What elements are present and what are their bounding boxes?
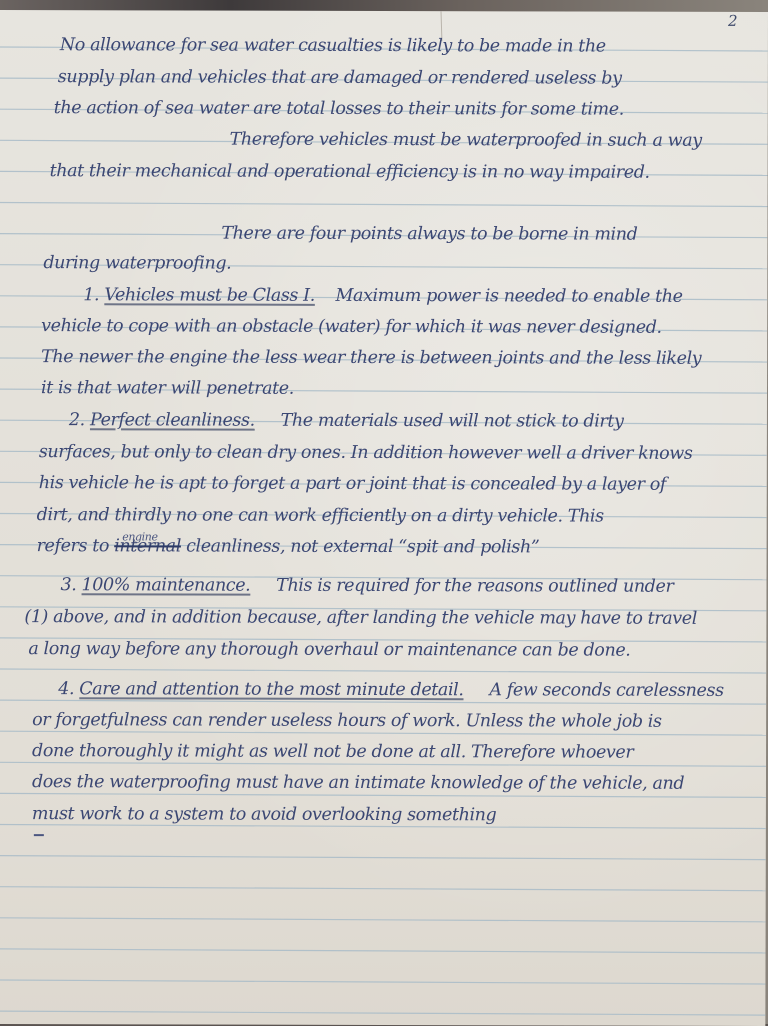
line-text: it is that water will penetrate. [41,378,294,399]
pen-mark [34,834,44,836]
list-item-heading-line: 3. 100% maintenance. This is required fo… [60,570,673,602]
list-heading: Care and attention to the most minute de… [79,679,463,700]
text-line: or forgetfulness can render useless hour… [32,705,662,737]
text-line: does the waterproofing must have an inti… [32,767,684,799]
text-line: his vehicle he is apt to forget a part o… [39,468,666,500]
page-number: 2 [728,12,738,30]
text-line: surfaces, but only to clean dry ones. In… [39,437,693,469]
text-line: There are four points always to be borne… [221,219,637,250]
line-text: Maximum power is needed to enable the [336,286,683,307]
inserted-word: engine [122,522,157,552]
text-line: Therefore vehicles must be waterproofed … [230,125,702,156]
text-line: supply plan and vehicles that are damage… [58,62,622,93]
text-line: during waterproofing. [43,248,231,278]
line-text: does the waterproofing must have an inti… [32,772,684,794]
line-text: refers to [37,536,109,556]
list-number: 4. [58,679,74,699]
struck-word: internalengine [114,536,181,556]
list-heading: Vehicles must be Class I. [104,285,315,306]
list-item-heading-line: 1. Vehicles must be Class I. Maximum pow… [83,280,682,312]
line-text: The newer the engine the less wear there… [41,347,701,369]
line-text: (1) above, and in addition because, afte… [24,607,697,629]
text-line: that their mechanical and operational ef… [50,156,650,188]
line-text: during waterproofing. [43,253,231,273]
list-heading: Perfect cleanliness. [90,410,255,430]
line-text: a long way before any thorough overhaul … [28,639,630,661]
line-text: the action of sea water are total losses… [54,98,624,119]
text-line: it is that water will penetrate. [41,373,294,404]
text-line: (1) above, and in addition because, afte… [24,602,697,634]
text-line: vehicle to cope with an obstacle (water)… [41,311,662,343]
list-number: 2. [69,410,85,430]
line-text: or forgetfulness can render useless hour… [32,710,662,732]
line-text: This is required for the reasons outline… [276,576,673,597]
line-text: The materials used will not stick to dir… [281,411,624,432]
text-line-with-correction: refers to internalengine cleanliness, no… [37,531,540,562]
line-text: that their mechanical and operational ef… [50,161,650,183]
text-line: must work to a system to avoid overlooki… [32,799,497,830]
text-line: The newer the engine the less wear there… [41,342,701,374]
line-text: supply plan and vehicles that are damage… [58,67,622,88]
notebook-page: 2 No allowance for sea water casualties … [0,10,768,1024]
line-text: No allowance for sea water casualties is… [60,35,606,56]
text-line: done thoroughly it might as well not be … [32,736,633,768]
line-text: done thoroughly it might as well not be … [32,741,633,763]
line-text: Therefore vehicles must be waterproofed … [230,130,702,151]
text-line: the action of sea water are total losses… [54,93,624,124]
line-text: cleanliness, not external “spit and poli… [186,536,539,557]
list-number: 3. [60,575,76,595]
line-text: must work to a system to avoid overlooki… [32,804,497,825]
line-text: A few seconds carelessness [489,680,723,701]
line-text: vehicle to cope with an obstacle (water)… [41,316,662,338]
line-text: his vehicle he is apt to forget a part o… [39,473,666,495]
list-heading: 100% maintenance. [82,575,251,595]
text-line: a long way before any thorough overhaul … [28,634,630,666]
list-item-heading-line: 4. Care and attention to the most minute… [58,674,724,706]
line-text: surfaces, but only to clean dry ones. In… [39,442,693,464]
text-line: No allowance for sea water casualties is… [60,30,606,61]
line-text: There are four points always to be borne… [221,224,637,245]
list-number: 1. [83,285,99,305]
list-item-heading-line: 2. Perfect cleanliness. The materials us… [69,405,624,436]
